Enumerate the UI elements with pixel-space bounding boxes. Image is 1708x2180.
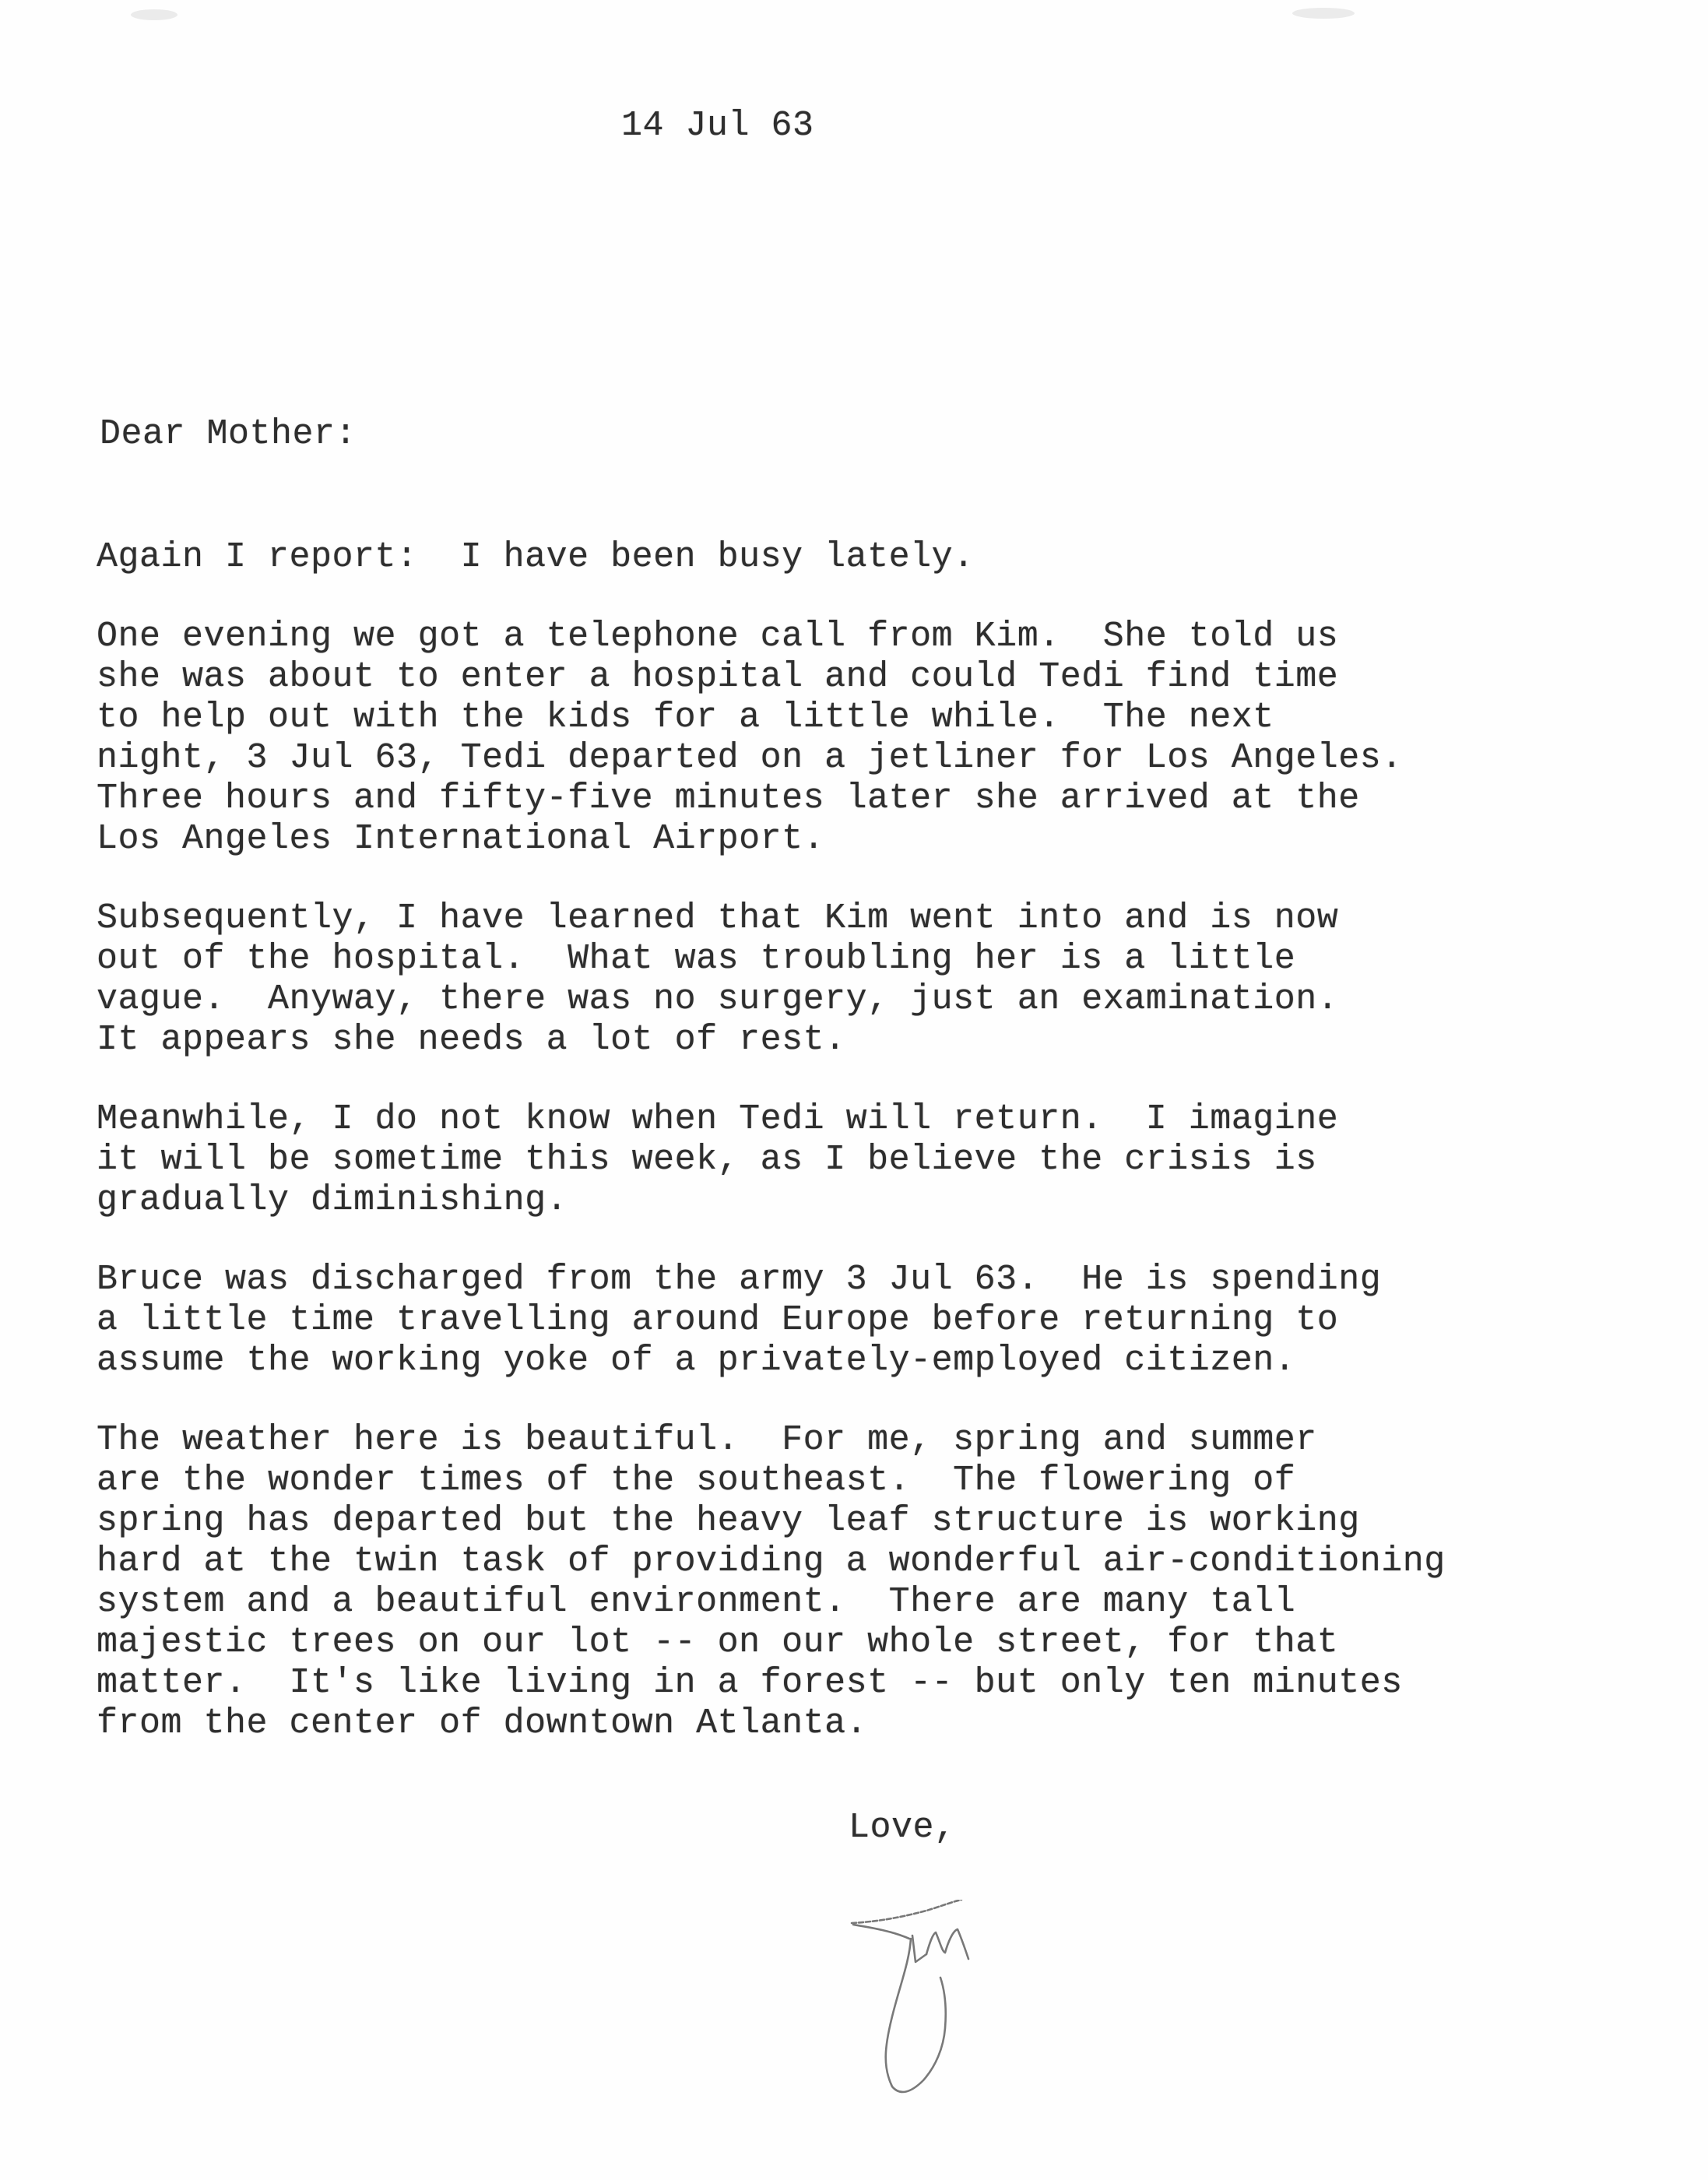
paragraph: Meanwhile, I do not know when Tedi will … xyxy=(97,1099,1446,1221)
text-line: system and a beautiful environment. Ther… xyxy=(97,1582,1446,1623)
text-line: spring has departed but the heavy leaf s… xyxy=(97,1501,1446,1542)
paragraph: One evening we got a telephone call from… xyxy=(97,617,1446,860)
text-line: to help out with the kids for a little w… xyxy=(97,698,1446,738)
text-line: are the wonder times of the southeast. T… xyxy=(97,1461,1446,1501)
signature-scribble-icon xyxy=(849,1900,1051,2110)
text-line: gradually diminishing. xyxy=(97,1180,1446,1221)
paragraph: Subsequently, I have learned that Kim we… xyxy=(97,898,1446,1060)
paper-speck xyxy=(1292,8,1355,19)
text-line: she was about to enter a hospital and co… xyxy=(97,657,1446,698)
text-line: The weather here is beautiful. For me, s… xyxy=(97,1420,1446,1461)
paper-speck xyxy=(131,9,177,20)
text-line: Bruce was discharged from the army 3 Jul… xyxy=(97,1260,1446,1300)
text-line: Meanwhile, I do not know when Tedi will … xyxy=(97,1099,1446,1140)
text-line: matter. It's like living in a forest -- … xyxy=(97,1663,1446,1704)
signature xyxy=(849,1900,1051,2110)
text-line: vague. Anyway, there was no surgery, jus… xyxy=(97,979,1446,1020)
text-line: assume the working yoke of a privately-e… xyxy=(97,1341,1446,1381)
text-line: Three hours and fifty-five minutes later… xyxy=(97,779,1446,819)
paragraph: Again I report: I have been busy lately. xyxy=(97,537,1446,578)
text-line: night, 3 Jul 63, Tedi departed on a jetl… xyxy=(97,738,1446,779)
paragraph: The weather here is beautiful. For me, s… xyxy=(97,1420,1446,1744)
text-line: Los Angeles International Airport. xyxy=(97,819,1446,860)
text-line: One evening we got a telephone call from… xyxy=(97,617,1446,657)
text-line: Again I report: I have been busy lately. xyxy=(97,537,1446,578)
paragraph: Bruce was discharged from the army 3 Jul… xyxy=(97,1260,1446,1381)
closing: Love, xyxy=(849,1808,956,1848)
text-line: a little time travelling around Europe b… xyxy=(97,1300,1446,1341)
letter-body: Again I report: I have been busy lately.… xyxy=(97,537,1446,1783)
text-line: hard at the twin task of providing a won… xyxy=(97,1542,1446,1582)
text-line: majestic trees on our lot -- on our whol… xyxy=(97,1623,1446,1663)
text-line: it will be sometime this week, as I beli… xyxy=(97,1140,1446,1180)
text-line: It appears she needs a lot of rest. xyxy=(97,1020,1446,1060)
salutation: Dear Mother: xyxy=(100,414,357,455)
text-line: from the center of downtown Atlanta. xyxy=(97,1704,1446,1744)
letter-page: 14 Jul 63 Dear Mother: Again I report: I… xyxy=(0,0,1708,2180)
text-line: Subsequently, I have learned that Kim we… xyxy=(97,898,1446,939)
text-line: out of the hospital. What was troubling … xyxy=(97,939,1446,979)
letter-date: 14 Jul 63 xyxy=(621,106,814,146)
